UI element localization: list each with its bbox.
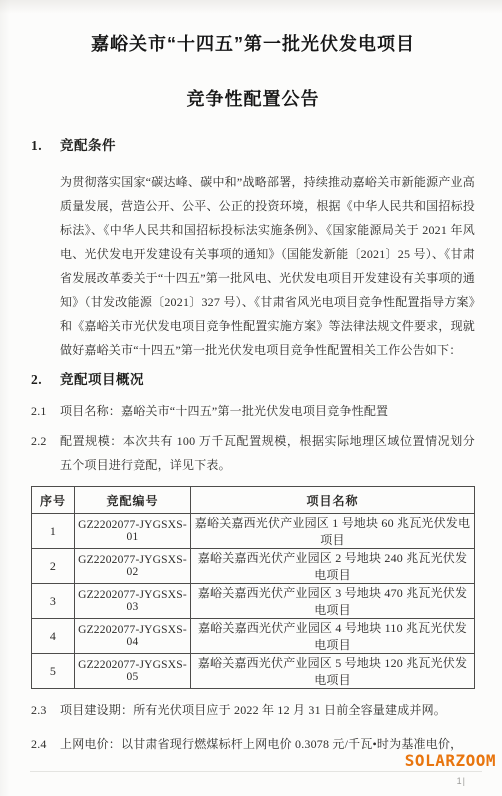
table-row: 4 GZ2202077-JYGSXS-04 嘉峪关嘉西光伏产业园区 4 号地块 … <box>32 619 475 654</box>
document-body: 嘉峪关市“十四五”第一批光伏发电项目 竞争性配置公告 1. 竞配条件 为贯彻落实… <box>0 33 502 756</box>
header-row-number: 序号 <box>32 487 75 514</box>
project-name-cell: 嘉峪关嘉西光伏产业园区 2 号地块 240 兆瓦光伏发电项目 <box>191 549 475 584</box>
section-1-label: 竞配条件 <box>60 138 116 154</box>
clause-2-4-number: 2.4 <box>31 732 60 756</box>
clause-2-3: 2.3 项目建设期：所有光伏项目应于 2022 年 12 月 31 日前全容量建… <box>31 698 475 722</box>
allocation-code-cell: GZ2202077-JYGSXS-02 <box>75 549 191 584</box>
section-2-heading: 2. 竞配项目概况 <box>31 372 475 388</box>
clause-2-2-text: 配置规模：本次共有 100 万千瓦配置规模，根据实际地理区域位置情况划分五个项目… <box>60 429 475 477</box>
table-row: 3 GZ2202077-JYGSXS-03 嘉峪关嘉西光伏产业园区 3 号地块 … <box>32 584 475 619</box>
section-1-heading: 1. 竞配条件 <box>31 138 475 154</box>
page-number: 1| <box>457 776 466 786</box>
solarzoom-watermark: SOLARZOOM <box>405 751 496 770</box>
project-name-cell: 嘉峪关嘉西光伏产业园区 4 号地块 110 兆瓦光伏发电项目 <box>191 619 475 654</box>
allocation-code-cell: GZ2202077-JYGSXS-04 <box>75 619 191 654</box>
scanned-document-page: { "title": { "line1": "嘉峪关市“十四五”第一批光伏发电项… <box>0 0 502 796</box>
clause-2-2-number: 2.2 <box>31 429 60 477</box>
section-1-number: 1. <box>31 138 60 154</box>
table-row: 5 GZ2202077-JYGSXS-05 嘉峪关嘉西光伏产业园区 5 号地块 … <box>32 654 475 689</box>
table-row: 1 GZ2202077-JYGSXS-01 嘉峪关嘉西光伏产业园区 1 号地块 … <box>32 514 475 549</box>
clause-2-1: 2.1 项目名称：嘉峪关市“十四五”第一批光伏发电项目竞争性配置 <box>31 399 475 423</box>
allocation-code-cell: GZ2202077-JYGSXS-03 <box>75 584 191 619</box>
project-name-cell: 嘉峪关嘉西光伏产业园区 5 号地块 120 兆瓦光伏发电项目 <box>191 654 475 689</box>
section-1-paragraph: 为贯彻落实国家“碳达峰、碳中和”战略部署，持续推动嘉峪关市新能源产业高质量发展，… <box>60 170 475 362</box>
table-row: 2 GZ2202077-JYGSXS-02 嘉峪关嘉西光伏产业园区 2 号地块 … <box>32 549 475 584</box>
row-number-cell: 3 <box>32 584 75 619</box>
clause-2-1-text: 项目名称：嘉峪关市“十四五”第一批光伏发电项目竞争性配置 <box>60 399 475 423</box>
table-header-row: 序号 竞配编号 项目名称 <box>32 487 475 514</box>
header-allocation-code: 竞配编号 <box>75 487 191 514</box>
clause-2-1-number: 2.1 <box>31 399 60 423</box>
header-project-name: 项目名称 <box>191 487 475 514</box>
row-number-cell: 1 <box>32 514 75 549</box>
section-2-label: 竞配项目概况 <box>60 372 144 388</box>
row-number-cell: 4 <box>32 619 75 654</box>
document-title-line1: 嘉峪关市“十四五”第一批光伏发电项目 <box>31 33 475 55</box>
footer-divider <box>30 771 482 772</box>
clause-2-3-number: 2.3 <box>31 698 60 722</box>
project-name-cell: 嘉峪关嘉西光伏产业园区 3 号地块 470 兆瓦光伏发电项目 <box>191 584 475 619</box>
row-number-cell: 5 <box>32 654 75 689</box>
clause-2-3-text: 项目建设期：所有光伏项目应于 2022 年 12 月 31 日前全容量建成并网。 <box>60 698 475 722</box>
section-2-number: 2. <box>31 372 60 388</box>
allocation-code-cell: GZ2202077-JYGSXS-05 <box>75 654 191 689</box>
row-number-cell: 2 <box>32 549 75 584</box>
clause-2-2: 2.2 配置规模：本次共有 100 万千瓦配置规模，根据实际地理区域位置情况划分… <box>31 429 475 477</box>
document-title-line2: 竞争性配置公告 <box>31 88 475 110</box>
projects-table: 序号 竞配编号 项目名称 1 GZ2202077-JYGSXS-01 嘉峪关嘉西… <box>31 486 475 689</box>
allocation-code-cell: GZ2202077-JYGSXS-01 <box>75 514 191 549</box>
project-name-cell: 嘉峪关嘉西光伏产业园区 1 号地块 60 兆瓦光伏发电项目 <box>191 514 475 549</box>
